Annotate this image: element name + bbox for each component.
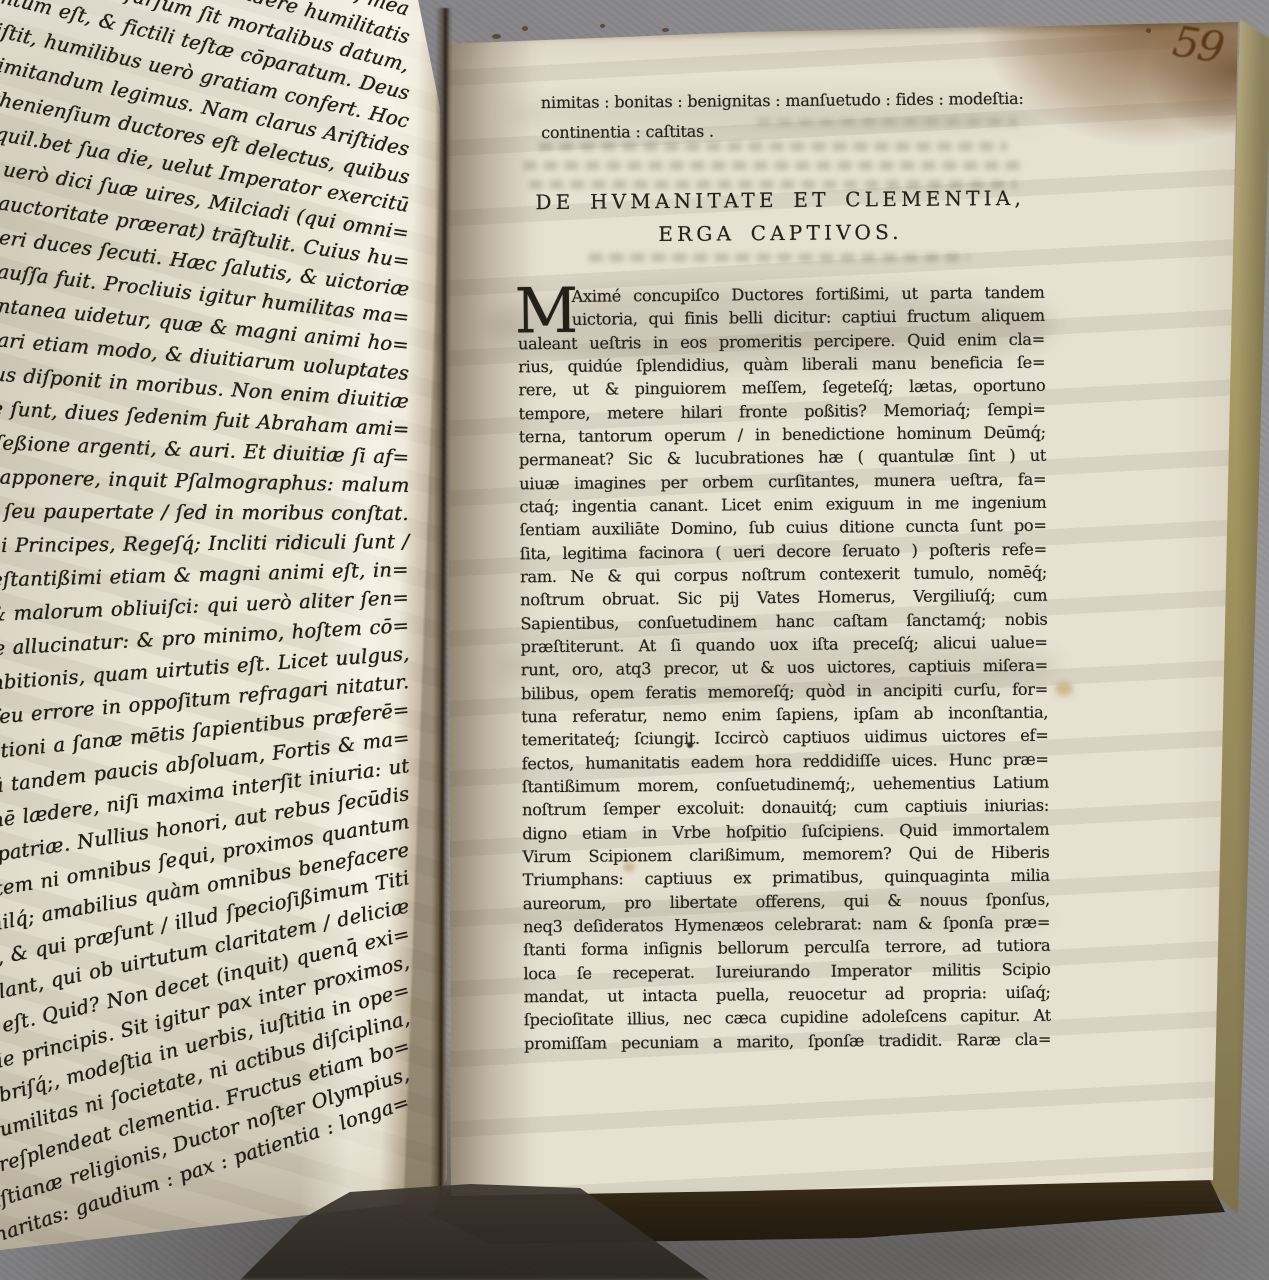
left-page-text-line: nquam magni Principes, Regeſq́; Incliti …: [0, 530, 409, 559]
left-page-text-line: t, nolite cor apponere, inquit Pſalmogra…: [0, 463, 409, 498]
foxing-spot: [1055, 682, 1073, 696]
edge-debris: [662, 28, 669, 32]
carryover-line: nimitas : bonitas : benignitas : manſuet…: [516, 84, 1043, 119]
chapter-heading: DE HVMANITATE ET CLEMENTIA, ERGA CAPTIVO…: [517, 186, 1044, 248]
body-paragraph: M Aximé concupiſco Ductores fortißimi, u…: [517, 281, 1051, 1055]
edge-debris: [522, 26, 528, 31]
left-page-text-line: non diuitijs, ſeu paupertate / ſed in mo…: [0, 499, 409, 526]
body-text-lines: Aximé concupiſco Ductores fortißimi, ut …: [517, 281, 1051, 1055]
photo-open-antique-book: magnitudine extremum, meaonem ſpectes: p…: [0, 0, 1269, 1280]
ink-showthrough: [589, 253, 969, 262]
right-page: 59 nimitas : bonitas : benignitas : manſ…: [447, 0, 1269, 1280]
left-page: magnitudine extremum, meaonem ſpectes: p…: [0, 0, 447, 1280]
drop-cap-initial: M: [514, 286, 578, 337]
chapter-heading-line: DE HVMANITATE ET CLEMENTIA,: [517, 186, 1044, 215]
carryover-line: continentia : caſtitas .: [516, 114, 1043, 149]
page-number: 59: [1169, 16, 1226, 72]
edge-debris: [1146, 28, 1151, 33]
body-text-line: promiſſam pecuniam a marito, ſponſæ trad…: [524, 1027, 1051, 1055]
left-page-text-block: magnitudine extremum, meaonem ſpectes: p…: [0, 0, 447, 1280]
edge-debris: [492, 34, 501, 39]
ink-showthrough: [523, 161, 1023, 170]
carryover-text: nimitas : bonitas : benignitas : manſuet…: [516, 84, 1044, 149]
edge-debris: [600, 24, 605, 28]
chapter-heading-line: ERGA CAPTIVOS.: [517, 219, 1044, 248]
